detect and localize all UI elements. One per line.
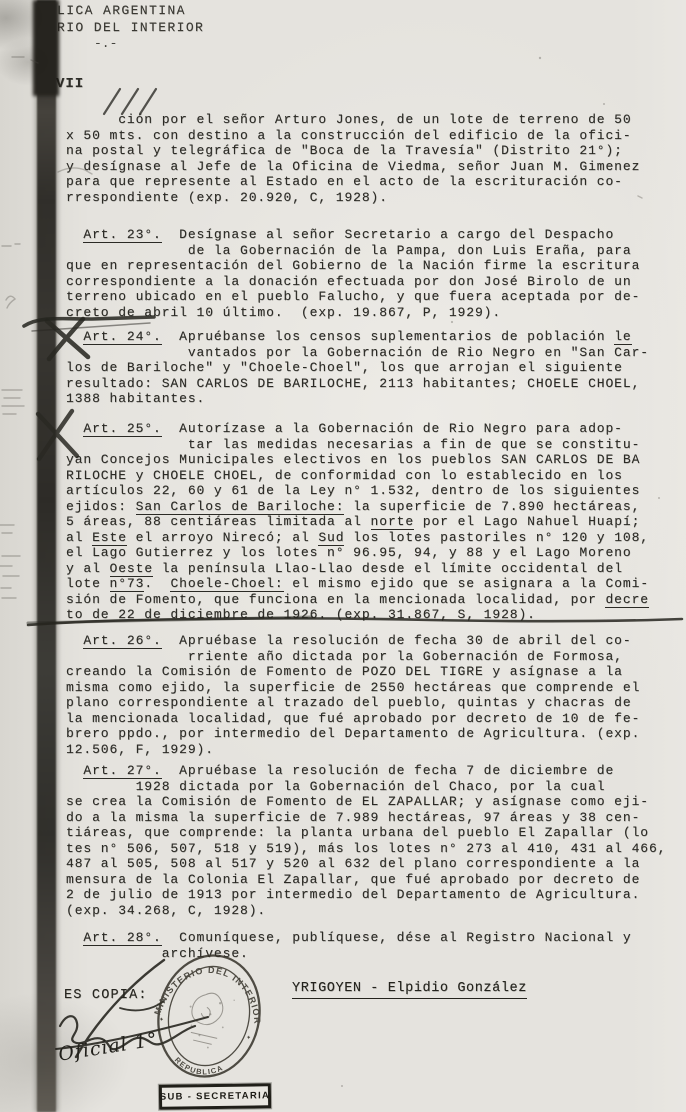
scanned-decree-page: LICA ARGENTINA RIO DEL INTERIOR -.- VII … (0, 0, 686, 1112)
oval-stamp-bottom-text: REPUBLICA (171, 1052, 227, 1081)
oval-stamp-top-text: MINISTERIO DEL INTERIOR (152, 954, 273, 1039)
stamp-center-emblem (185, 989, 226, 1045)
stamp-speckles (181, 990, 235, 1052)
article-26-paragraph: Art. 26°. Apruébase la resolución de fec… (66, 633, 640, 757)
article-23-paragraph: Art. 23°. Desígnase al señor Secretario … (66, 227, 640, 320)
letterhead-republic-line: LICA ARGENTINA (57, 3, 186, 18)
stamp-star-left: ✦ (158, 1015, 165, 1025)
article-24-paragraph: Art. 24°. Apruébanse los censos suplemen… (66, 329, 649, 407)
page-number-marker: VII (56, 76, 84, 92)
article-25-paragraph: Art. 25°. Autorízase a la Gobernación de… (66, 421, 649, 623)
article-27-paragraph: Art. 27°. Apruébase la resolución de fec… (66, 763, 666, 918)
sub-secretaria-stamp-label: SUB - SECRETARIA (160, 1090, 271, 1103)
signature-line-text: YRIGOYEN - Elpidio González (292, 981, 527, 999)
oficial-handwritten-note: Oficial 1° (57, 1028, 160, 1065)
es-copia-label: ES COPIA: (64, 988, 148, 1003)
letterhead-ministry-line: RIO DEL INTERIOR (57, 20, 204, 35)
triple-slash-mark (104, 89, 156, 114)
article-22-continuation-text: ción por el señor Arturo Jones, de un lo… (66, 112, 640, 205)
letterhead-separator: -.- (94, 36, 117, 51)
ministry-oval-stamp: MINISTERIO DEL INTERIOR REPUBLICA ✦ ✦ (141, 944, 276, 1088)
sub-secretaria-stamp: SUB - SECRETARIA (159, 1083, 271, 1110)
article-28-paragraph: Art. 28°. Comuníquese, publíquese, dése … (66, 930, 632, 961)
binding-edge-strip (37, 0, 56, 1112)
stamp-star-right: ✦ (245, 1033, 252, 1043)
